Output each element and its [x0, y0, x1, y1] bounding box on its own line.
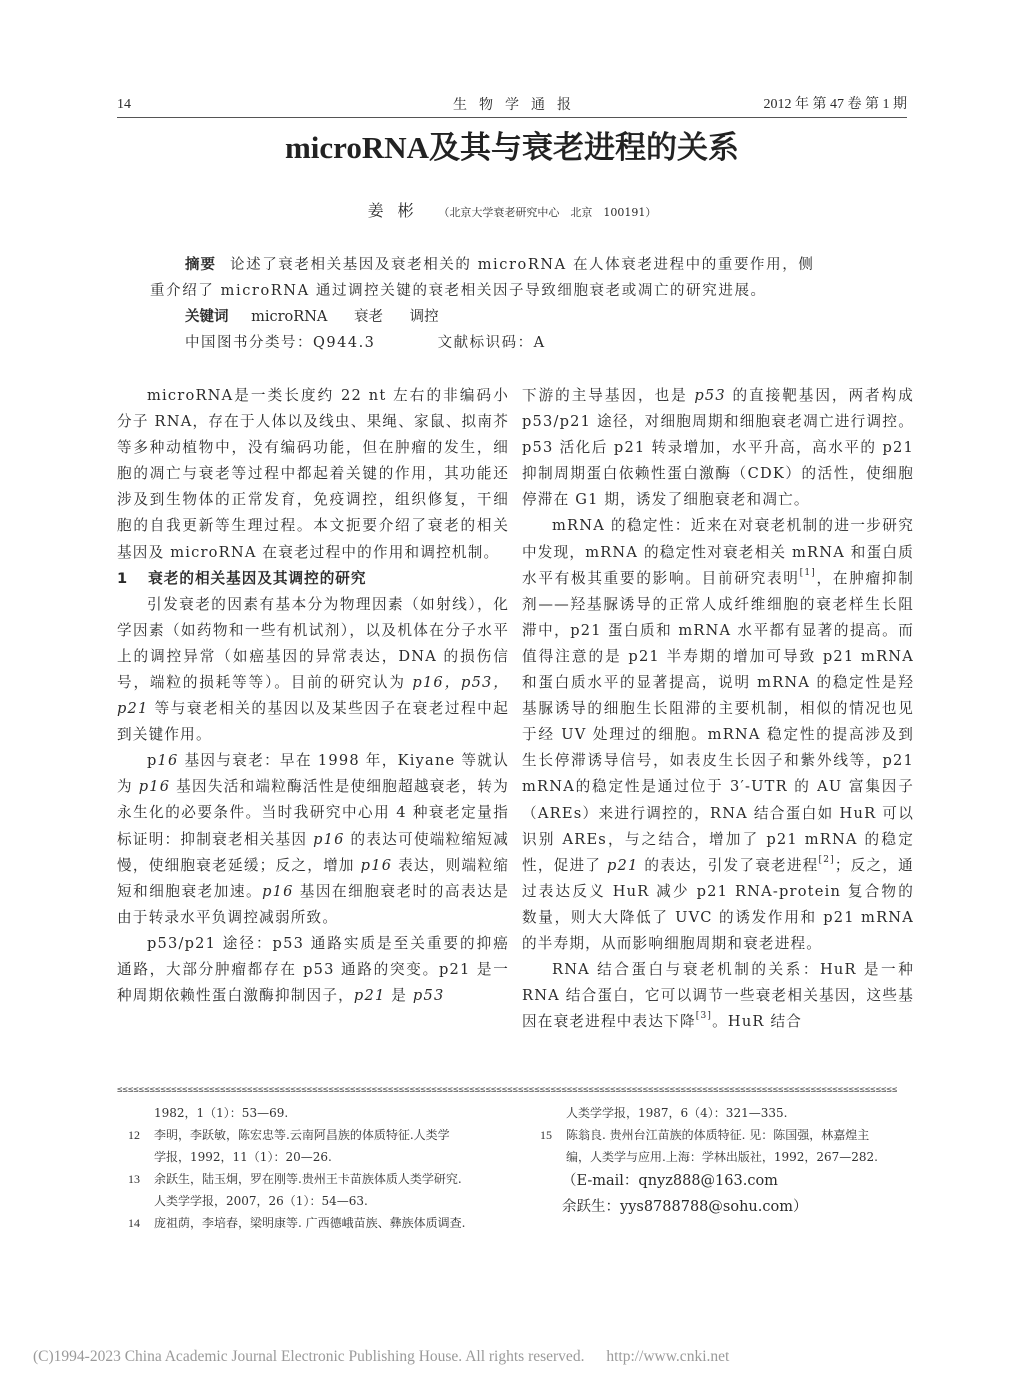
keywords-line: 关键词 microRNA 衰老 调控	[185, 305, 461, 329]
wavy-separator: ≤≤≤≤≤≤≤≤≤≤≤≤≤≤≤≤≤≤≤≤≤≤≤≤≤≤≤≤≤≤≤≤≤≤≤≤≤≤≤≤…	[117, 1086, 907, 1094]
reference-item: 14 庞祖荫，李培春，梁明康等. 广西德峨苗族、彝族体质调查.	[128, 1212, 518, 1234]
references-left: 1982，1（1）：53—69. 12 李明，李跃敏，陈宏忠等.云南阿昌族的体质…	[128, 1102, 518, 1234]
section-number: 1	[117, 570, 128, 587]
gene-p16: p16	[262, 883, 294, 900]
section-title: 衰老的相关基因及其调控的研究	[148, 570, 366, 587]
text-run: 的直接靶基因，两者构成 p53/p21 途径，对细胞周期和细胞衰老凋亡进行调控。…	[522, 387, 914, 508]
reference-number: 14	[128, 1212, 140, 1234]
reference-item: 15 陈翁良. 贵州台江苗族的体质特征. 见：陈国强，林嘉煌主 编，人类学与应用…	[540, 1124, 930, 1168]
body-column-left: microRNA是一类长度约 22 nt 左右的非编码小分子 RNA，存在于人体…	[117, 383, 509, 1009]
reference-item: 1982，1（1）：53—69.	[128, 1102, 518, 1124]
doc-code-label: 文献标识码：	[438, 335, 534, 351]
running-header: 14 生物学通报 2012 年 第 47 卷 第 1 期	[117, 96, 907, 118]
keyword: microRNA	[251, 309, 327, 325]
text-run: ，在肿瘤抑制剂——羟基脲诱导的正常人成纤维细胞的衰老样生长阻滞中，p21 蛋白质…	[522, 570, 914, 874]
text-run: 。HuR 结合	[712, 1013, 802, 1030]
classification-line: 中国图书分类号：Q944.3 文献标识码：A	[185, 331, 546, 355]
reference-line: 学报，1992，11（1）：20—26.	[154, 1146, 518, 1168]
gene-p16: p16	[147, 752, 179, 769]
citation-ref[interactable]: [3]	[696, 1011, 712, 1021]
reference-number: 12	[128, 1124, 140, 1146]
citation-ref[interactable]: [2]	[819, 855, 835, 865]
contact-email-2: 余跃生：yys8788788@sohu.com）	[562, 1194, 930, 1220]
keyword: 衰老	[354, 309, 383, 325]
paragraph-p16: p16 基因与衰老：早在 1998 年，Kiyane 等就认为 p16 基因失活…	[117, 748, 509, 931]
gene-p21: p21	[607, 857, 639, 874]
keywords-label: 关键词	[185, 309, 229, 325]
reference-item: 13 余跃生，陆玉炯，罗在刚等.贵州王卡苗族体质人类学研究. 人类学学报，200…	[128, 1168, 518, 1212]
section-heading: 1衰老的相关基因及其调控的研究	[117, 566, 509, 592]
footer-url[interactable]: http://www.cnki.net	[606, 1348, 729, 1365]
gene-p53: p53	[694, 387, 726, 404]
abstract: 摘要论述了衰老相关基因及衰老相关的 microRNA 在人体衰老进程中的重要作用…	[150, 252, 880, 304]
gene-p16: p16	[139, 778, 171, 795]
copyright-text: (C)1994-2023 China Academic Journal Elec…	[33, 1348, 584, 1365]
reference-number: 13	[128, 1168, 140, 1190]
text-run: 是	[385, 987, 412, 1004]
gene-p21: p21	[354, 987, 386, 1004]
abstract-text-1: 论述了衰老相关基因及衰老相关的 microRNA 在人体衰老进程中的重要作用，侧	[230, 257, 814, 273]
intro-paragraph: microRNA是一类长度约 22 nt 左右的非编码小分子 RNA，存在于人体…	[117, 383, 509, 566]
reference-line: 庞祖荫，李培春，梁明康等. 广西德峨苗族、彝族体质调查.	[154, 1212, 518, 1234]
paragraph: 引发衰老的因素有基本分为物理因素（如射线），化学因素（如药物和一些有机试剂），以…	[117, 592, 509, 749]
gene-p16: p16	[313, 831, 345, 848]
author-line: 姜彬 （北京大学衰老研究中心 北京 100191）	[0, 201, 1024, 223]
text-run: 的表达，引发了衰老进程	[639, 857, 819, 874]
reference-line: 陈翁良. 贵州台江苗族的体质特征. 见：陈国强，林嘉煌主	[566, 1124, 930, 1146]
keyword: 调控	[410, 309, 439, 325]
copyright-footer: (C)1994-2023 China Academic Journal Elec…	[33, 1346, 993, 1368]
author-name: 姜彬	[368, 201, 428, 220]
paragraph-mrna-stability: mRNA 的稳定性：近来在对衰老机制的进一步研究中发现，mRNA 的稳定性对衰老…	[522, 513, 914, 957]
reference-line: 余跃生，陆玉炯，罗在刚等.贵州王卡苗族体质人类学研究.	[154, 1168, 518, 1190]
gene-p53: p53	[413, 987, 445, 1004]
text-run: p53/p21 途径：p53 通路实质是至关重要的抑癌通路，大部分肿瘤都存在 p…	[117, 935, 509, 1004]
reference-number: 15	[540, 1124, 552, 1146]
abstract-line-1: 摘要论述了衰老相关基因及衰老相关的 microRNA 在人体衰老进程中的重要作用…	[150, 252, 880, 278]
abstract-label: 摘要	[185, 257, 216, 273]
reference-line: 李明，李跃敏，陈宏忠等.云南阿昌族的体质特征.人类学	[154, 1124, 518, 1146]
issue-info: 2012 年 第 47 卷 第 1 期	[764, 96, 908, 114]
article-title: microRNA及其与衰老进程的关系	[0, 128, 1024, 168]
citation-ref[interactable]: [1]	[800, 568, 816, 578]
reference-line: 编，人类学与应用.上海：学林出版社，1992，267—282.	[566, 1146, 930, 1168]
gene-p16: p16	[361, 857, 393, 874]
classification-label: 中国图书分类号：	[185, 335, 313, 351]
author-affiliation: （北京大学衰老研究中心 北京 100191）	[438, 206, 656, 219]
references-right: 人类学学报，1987，6（4）：321—335. 15 陈翁良. 贵州台江苗族的…	[540, 1102, 930, 1220]
paragraph-continued: 下游的主导基因，也是 p53 的直接靶基因，两者构成 p53/p21 途径，对细…	[522, 383, 914, 513]
classification-value: Q944.3	[313, 335, 375, 351]
doc-code-value: A	[534, 335, 546, 351]
text-run: 等与衰老相关的基因以及某些因子在衰老过程中起到关键作用。	[117, 700, 509, 743]
reference-item: 12 李明，李跃敏，陈宏忠等.云南阿昌族的体质特征.人类学 学报，1992，11…	[128, 1124, 518, 1168]
paragraph-p53-p21: p53/p21 途径：p53 通路实质是至关重要的抑癌通路，大部分肿瘤都存在 p…	[117, 931, 509, 1009]
text-run: 下游的主导基因，也是	[522, 387, 694, 404]
body-column-right: 下游的主导基因，也是 p53 的直接靶基因，两者构成 p53/p21 途径，对细…	[522, 383, 914, 1035]
reference-line: 1982，1（1）：53—69.	[154, 1102, 518, 1124]
contact-email-1: （E-mail：qnyz888@163.com	[562, 1168, 930, 1194]
paragraph-rna-binding: RNA 结合蛋白与衰老机制的关系：HuR 是一种 RNA 结合蛋白，它可以调节一…	[522, 957, 914, 1035]
reference-item: 人类学学报，1987，6（4）：321—335.	[540, 1102, 930, 1124]
reference-line: 人类学学报，1987，6（4）：321—335.	[566, 1102, 930, 1124]
abstract-line-2: 重介绍了 microRNA 通过调控关键的衰老相关因子导致细胞衰老或凋亡的研究进…	[150, 278, 880, 304]
reference-line: 人类学学报，2007，26（1）：54—63.	[154, 1190, 518, 1212]
